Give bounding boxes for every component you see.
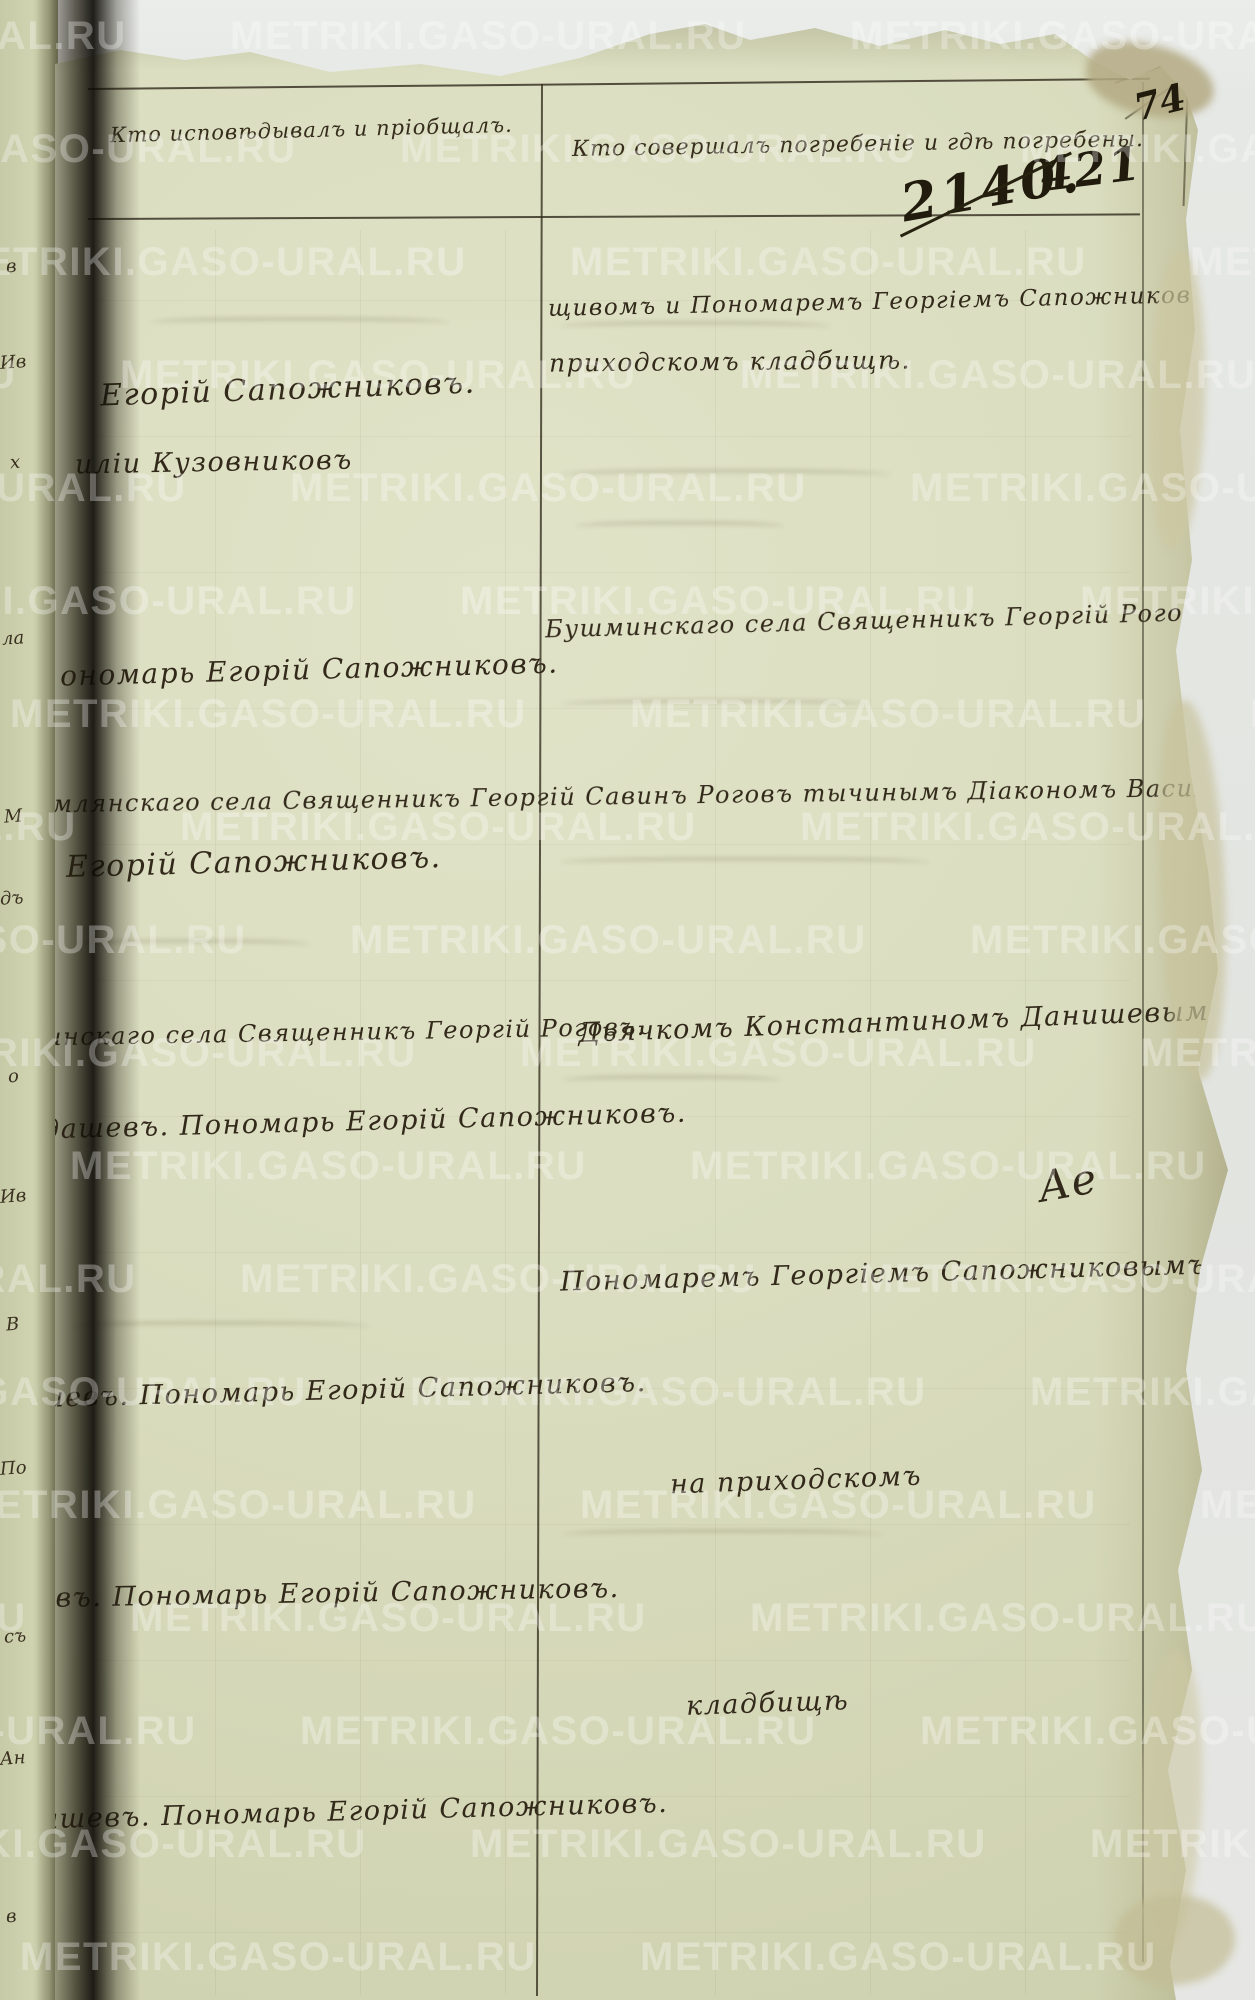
handwriting-line: ашевъ. Пономарь Егорій Сапожниковъ. <box>42 1788 669 1835</box>
document-page: Кто исповѣдывалъ и пріобщалъ. Кто соверш… <box>0 0 1255 2000</box>
margin-handwriting-fragment: в <box>5 1906 17 1928</box>
bleedthrough-smudge <box>560 700 870 712</box>
margin-handwriting-fragment: По <box>0 1457 27 1480</box>
ghost-ruling-line <box>715 230 716 1995</box>
handwriting-line: дашевъ. Пономарь Егорій Сапожниковъ. <box>42 1098 688 1146</box>
margin-handwriting-fragment: М <box>3 805 23 827</box>
margin-handwriting-fragment: съ <box>3 1625 26 1647</box>
ghost-ruling-line <box>90 1524 1130 1525</box>
ghost-ruling-line <box>90 572 1130 573</box>
ghost-ruling-line <box>870 230 871 1995</box>
handwriting-line: шевъ. Пономарь Егорій Сапожниковъ. <box>38 1367 647 1414</box>
margin-handwriting-fragment: Ив <box>0 1185 27 1208</box>
bleedthrough-smudge <box>70 1322 370 1334</box>
left-column-header: Кто исповѣдывалъ и пріобщалъ. <box>110 113 513 148</box>
bleedthrough-smudge <box>575 522 785 534</box>
bleedthrough-smudge <box>562 1076 782 1088</box>
margin-handwriting-fragment: Ан <box>0 1747 26 1770</box>
handwriting-line: Егорій Сапожниковъ. <box>100 365 477 413</box>
handwriting-line: кладбищѣ <box>686 1685 850 1722</box>
margin-handwriting-fragment: В <box>5 1314 20 1336</box>
scanned-metric-book-page: вИвхлаМдъоИвВПосъАнв Кто исповѣдывалъ и … <box>0 0 1255 2000</box>
handwriting-line: евъ. Пономарь Егорій Сапожниковъ. <box>38 1573 620 1614</box>
handwriting-line: Егорій Сапожниковъ. <box>66 840 442 885</box>
ghost-ruling-line <box>90 1252 1130 1253</box>
handwriting-line: иліи Кузовниковъ <box>75 445 353 481</box>
margin-handwriting-fragment: о <box>7 1066 19 1088</box>
bleedthrough-smudge <box>562 1530 882 1542</box>
ghost-ruling-line <box>90 1932 1130 1933</box>
handwriting-line: Ае <box>1034 1153 1101 1212</box>
bleedthrough-smudge <box>560 470 890 482</box>
watermark-text: METRIKI.GASO-URAL.RU <box>1200 1483 1255 1528</box>
bleedthrough-smudge <box>560 858 930 870</box>
table-top-border <box>88 78 1150 90</box>
ghost-ruling-line <box>90 436 1130 437</box>
margin-handwriting-fragment: Ив <box>0 351 27 374</box>
handwriting-line: на приходскомъ <box>670 1461 923 1501</box>
handwriting-line: млянскаго села Священникъ Георгій Савинъ… <box>52 770 1255 818</box>
bleedthrough-smudge <box>70 940 310 952</box>
handwriting-line: приходскомъ кладбищѣ. <box>549 345 911 377</box>
ghost-ruling-line <box>90 1660 1130 1661</box>
ghost-ruling-line <box>90 980 1130 981</box>
handwriting-line: инскаго села Священникъ Георгій Роговъ. <box>46 1013 646 1051</box>
bleedthrough-smudge <box>560 322 830 334</box>
bleedthrough-smudge <box>150 318 450 330</box>
watermark-text: METRIKI.GASO-URAL.RU <box>1190 240 1255 285</box>
torn-top-edge-shade <box>0 0 1255 70</box>
margin-handwriting-fragment: в <box>5 256 17 278</box>
margin-handwriting-fragment: ла <box>1 627 25 649</box>
watermark-text: METRIKI.GASO-URAL.RU <box>1250 692 1255 737</box>
handwriting-line: ономарь Егорій Сапожниковъ. <box>60 646 559 692</box>
margin-handwriting-fragment: дъ <box>0 887 24 910</box>
ghost-ruling-line <box>1025 230 1026 1995</box>
previous-page-edge: вИвхлаМдъоИвВПосъАнв <box>0 0 58 2000</box>
margin-handwriting-fragment: х <box>9 452 21 474</box>
